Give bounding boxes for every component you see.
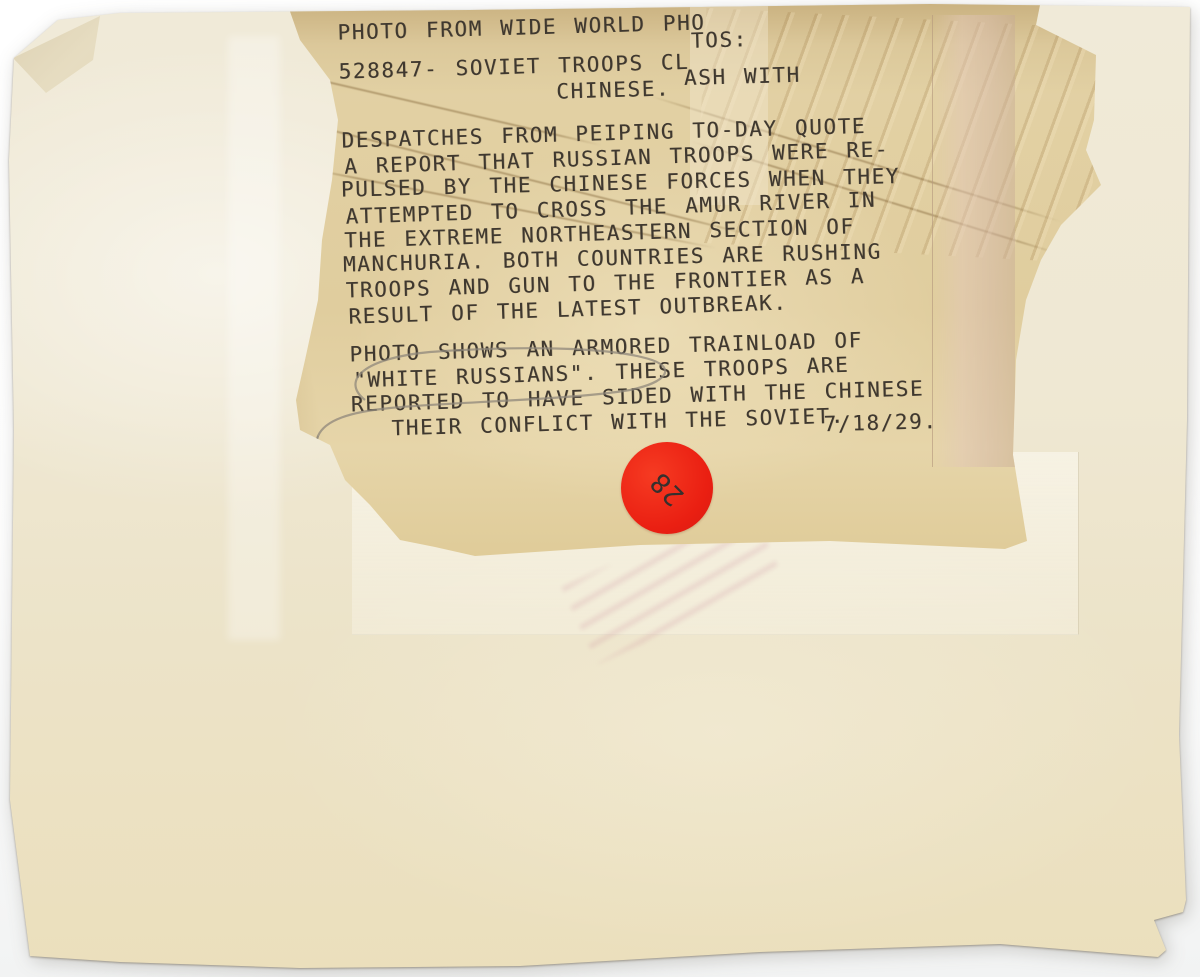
- date-typed: 7/18/29.: [823, 409, 938, 437]
- headline-torn-fragment: ASH WITH: [684, 63, 802, 91]
- credit-line-partial: FOR YOUR CREDIT LINE:: [376, 0, 685, 13]
- caption-paragraph-1: DESPATCHES FROM PEIPING TO-DAY QUOTE A R…: [341, 113, 906, 329]
- scan-background: FOR YOUR CREDIT LINE: PHOTO FROM WIDE WO…: [0, 0, 1200, 977]
- headline-line2: CHINESE.: [556, 76, 671, 104]
- photo-paper-verso: FOR YOUR CREDIT LINE: PHOTO FROM WIDE WO…: [0, 0, 1200, 977]
- photo-paper-shadow: FOR YOUR CREDIT LINE: PHOTO FROM WIDE WO…: [0, 0, 1200, 977]
- top-left-corner-fold: [0, 0, 140, 110]
- sticker-number: 28: [644, 465, 690, 511]
- tape-scuff-band: [228, 36, 280, 640]
- credit-line: PHOTO FROM WIDE WORLD PHO: [337, 10, 706, 45]
- credit-line-torn-fragment: TOS:: [691, 27, 749, 54]
- red-index-sticker: 28: [621, 442, 713, 534]
